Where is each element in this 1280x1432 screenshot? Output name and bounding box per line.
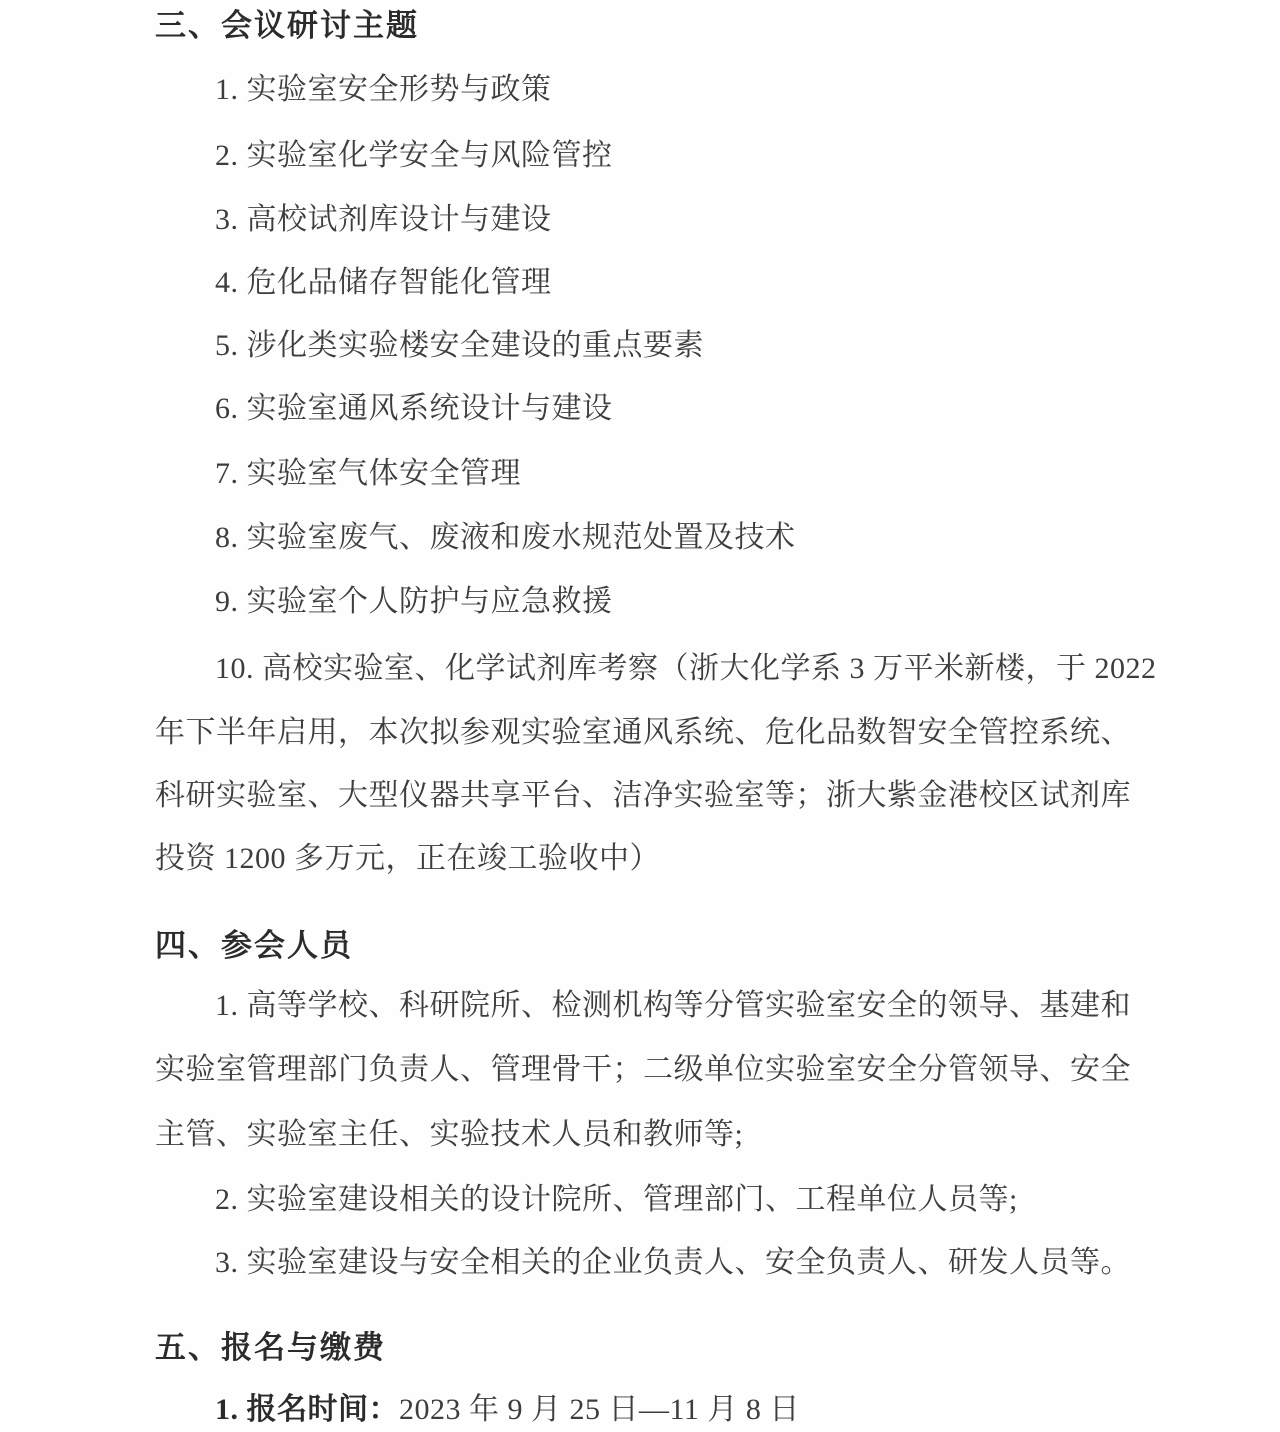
topic-item-6: 6. 实验室通风系统设计与建设 xyxy=(215,391,613,427)
participants-item-3: 3. 实验室建设与安全相关的企业负责人、安全负责人、研发人员等。 xyxy=(215,1245,1131,1281)
participants-item-2: 2. 实验室建设相关的设计院所、管理部门、工程单位人员等; xyxy=(215,1182,1018,1218)
registration-time-value: 2023 年 9 月 25 日—11 月 8 日 xyxy=(399,1393,800,1426)
topic-item-1: 1. 实验室安全形势与政策 xyxy=(215,72,552,108)
topic-item-7: 7. 实验室气体安全管理 xyxy=(215,456,521,492)
topic-item-10-line-1: 10. 高校实验室、化学试剂库考察（浙大化学系 3 万平米新楼，于 2022 xyxy=(215,651,1157,687)
participants-item-1-line-3: 主管、实验室主任、实验技术人员和教师等; xyxy=(155,1117,743,1153)
participants-item-1-line-2: 实验室管理部门负责人、管理骨干；二级单位实验室安全分管领导、安全 xyxy=(155,1052,1131,1088)
topic-item-10-line-2: 年下半年启用，本次拟参观实验室通风系统、危化品数智安全管控系统、 xyxy=(155,715,1131,751)
topic-item-3: 3. 高校试剂库设计与建设 xyxy=(215,202,552,238)
participants-section-heading: 四、参会人员 xyxy=(155,928,353,964)
topic-item-2: 2. 实验室化学安全与风险管控 xyxy=(215,138,613,174)
topic-item-5: 5. 涉化类实验楼安全建设的重点要素 xyxy=(215,328,704,364)
topic-item-10-line-3: 科研实验室、大型仪器共享平台、洁净实验室等；浙大紫金港校区试剂库 xyxy=(155,778,1131,814)
topic-item-9: 9. 实验室个人防护与应急救援 xyxy=(215,584,613,620)
registration-time-line: 1. 报名时间：2023 年 9 月 25 日—11 月 8 日 xyxy=(215,1392,800,1428)
document-page: 三、会议研讨主题 1. 实验室安全形势与政策 2. 实验室化学安全与风险管控 3… xyxy=(0,0,1280,1432)
topic-item-10-line-4: 投资 1200 多万元，正在竣工验收中） xyxy=(155,841,660,877)
topics-section-heading: 三、会议研讨主题 xyxy=(155,8,419,44)
registration-time-label: 1. 报名时间： xyxy=(215,1393,399,1426)
topic-item-8: 8. 实验室废气、废液和废水规范处置及技术 xyxy=(215,520,796,556)
topic-item-4: 4. 危化品储存智能化管理 xyxy=(215,265,552,301)
registration-section-heading: 五、报名与缴费 xyxy=(155,1330,386,1366)
participants-item-1-line-1: 1. 高等学校、科研院所、检测机构等分管实验室安全的领导、基建和 xyxy=(215,988,1131,1024)
